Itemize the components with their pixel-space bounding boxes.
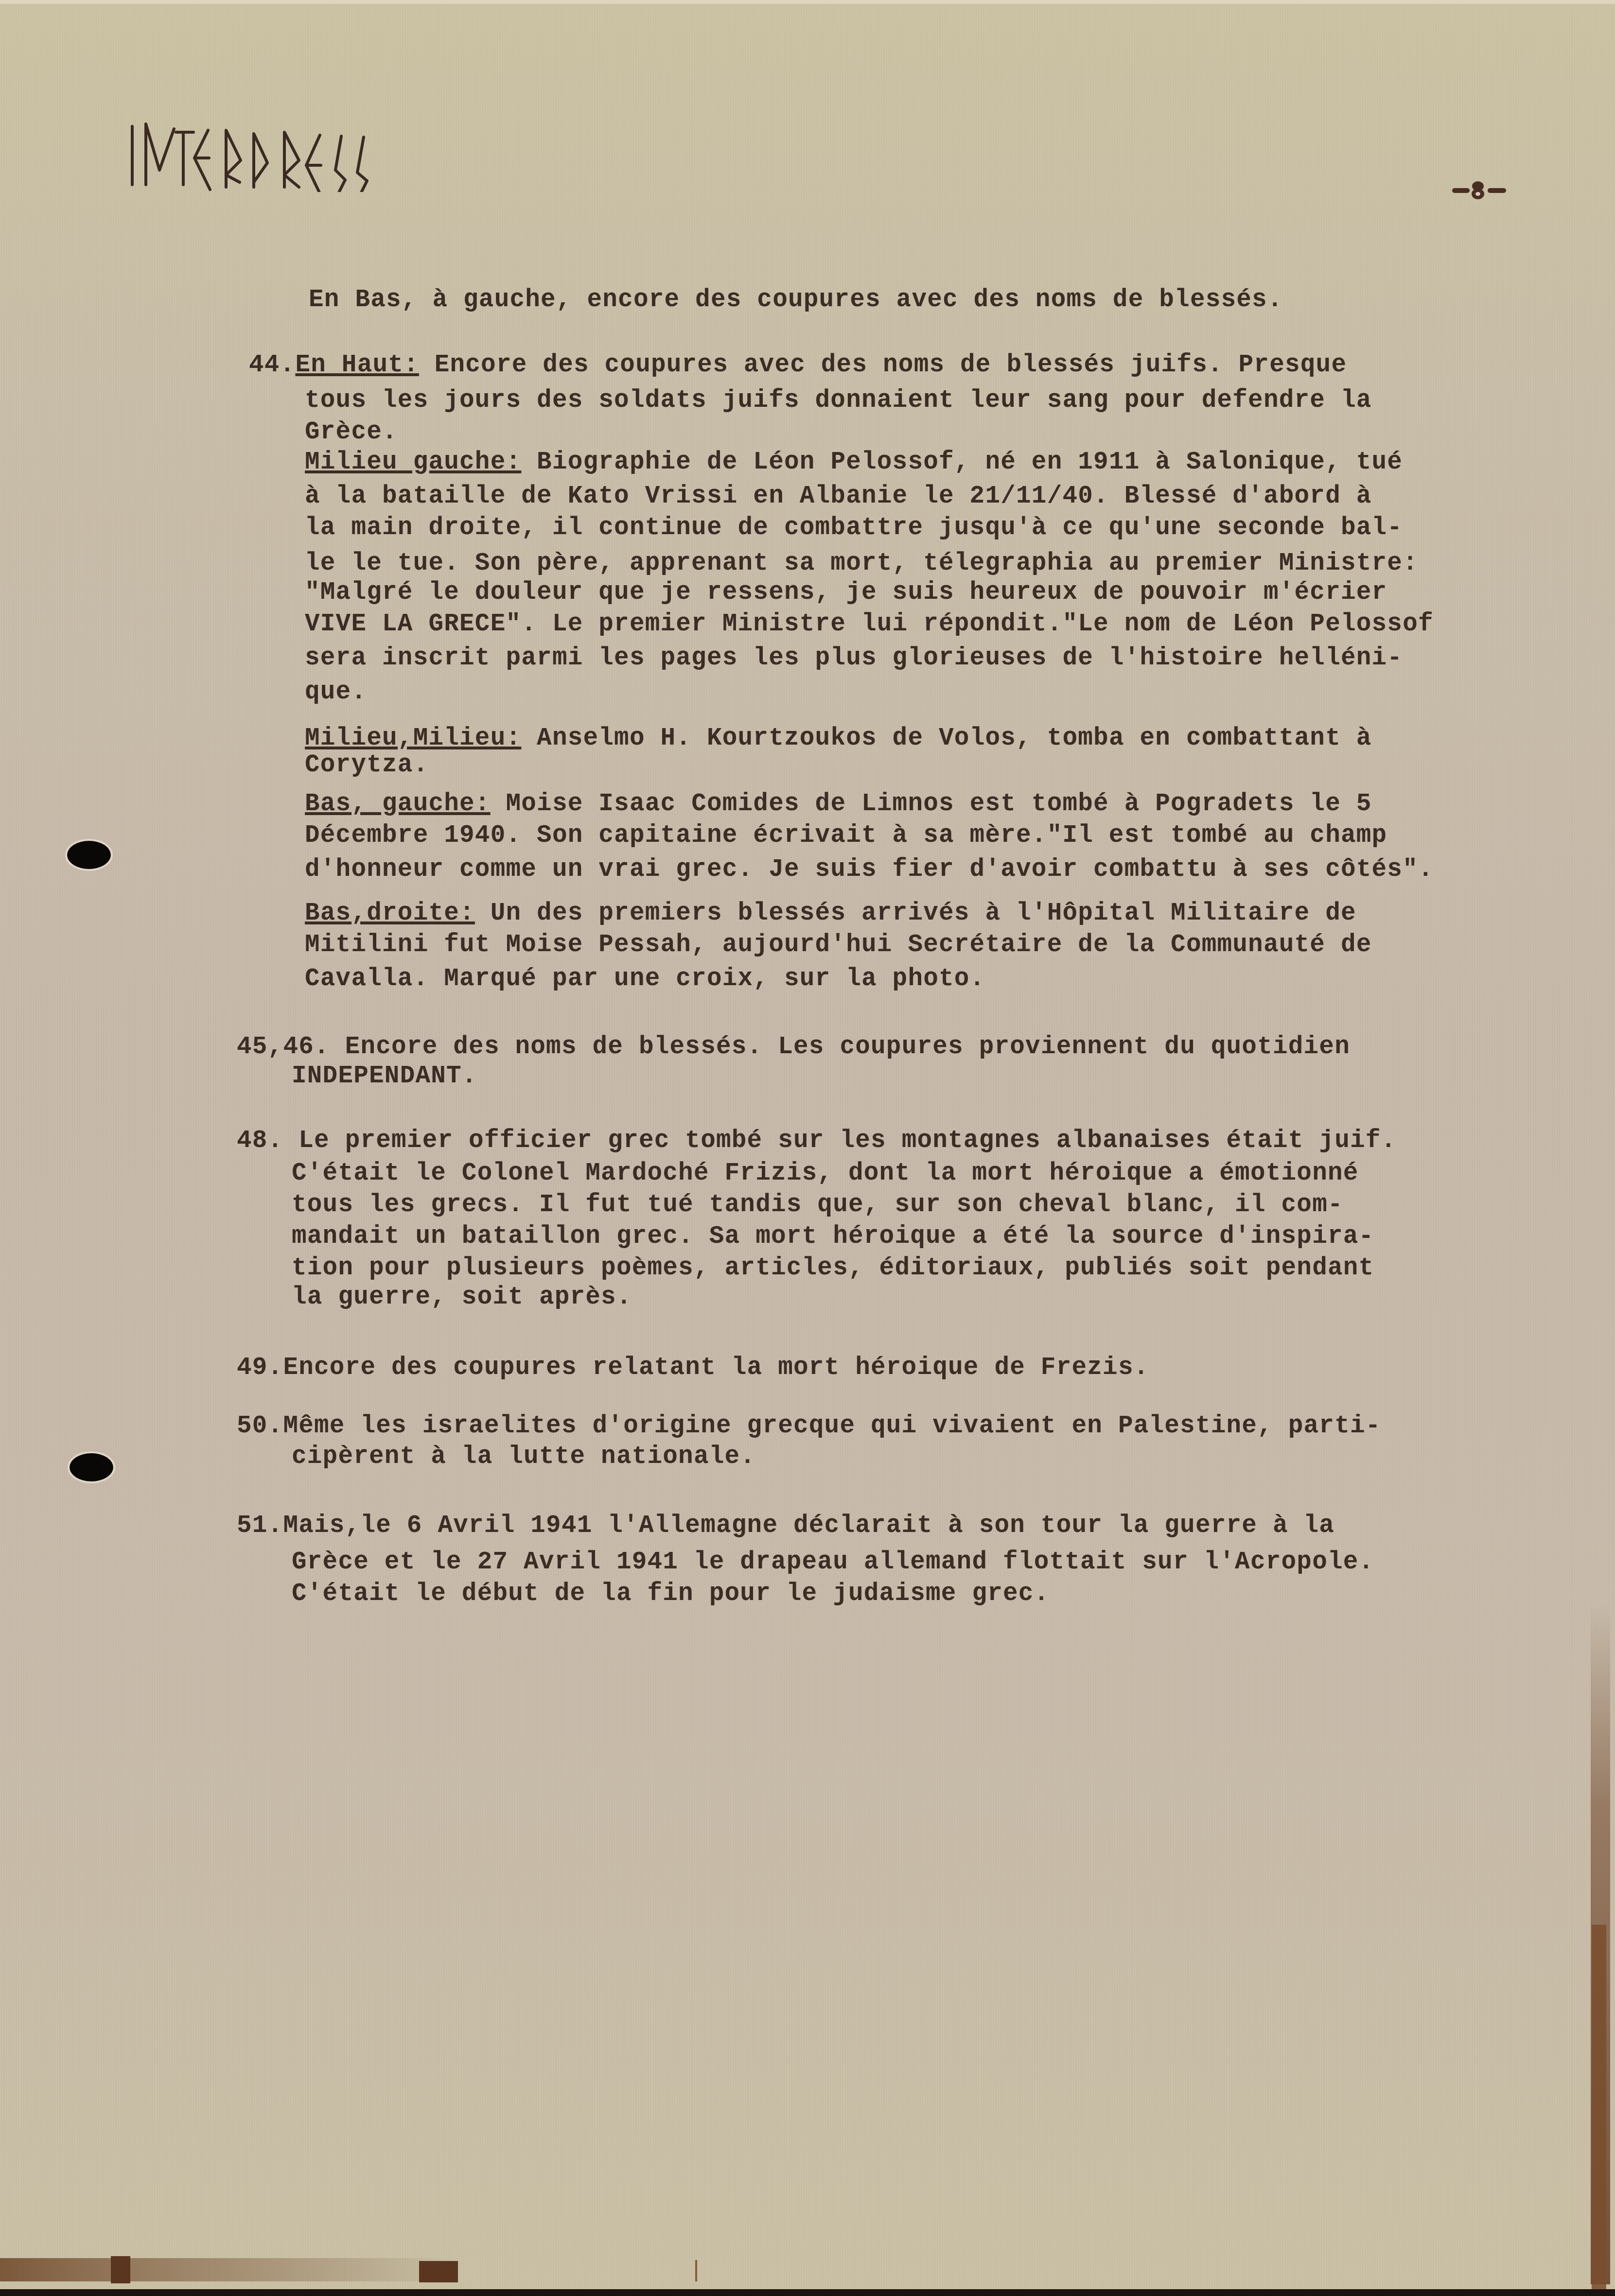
item-text: Encore des coupures avec des noms de ble… — [435, 351, 1347, 379]
item-48-line-6: la guerre, soit après. — [292, 1283, 632, 1312]
item-48-line-3: tous les grecs. Il fut tué tandis que, s… — [292, 1191, 1343, 1220]
item-text: Le premier officier grec tombé sur les m… — [298, 1127, 1396, 1155]
milieu-gauche-line-1: Milieu gauche: Biographie de Léon Peloss… — [305, 448, 1403, 477]
item-number: 45,46. — [237, 1033, 330, 1061]
item-48-line-5: tion pour plusieurs poèmes, articles, éd… — [292, 1254, 1374, 1283]
bas-gauche-line-1: Bas, gauche: Moise Isaac Comides de Limn… — [305, 790, 1372, 819]
item-number: 49. — [237, 1354, 283, 1382]
bas-gauche-line-2: Décembre 1940. Son capitaine écrivait à … — [305, 821, 1387, 851]
bas-droite-line-1: Bas,droite: Un des premiers blessés arri… — [305, 899, 1356, 928]
interpress-logo: INTERPRESS — [122, 122, 666, 192]
milieu-milieu-line-2: Corytza. — [305, 751, 428, 780]
item-44-line-2: tous les jours des soldats juifs donnaie… — [305, 386, 1372, 416]
item-number: 50. — [237, 1412, 283, 1440]
section-label: Bas, gauche: — [305, 790, 491, 818]
item-45-46-line-2: INDEPENDANT. — [292, 1062, 477, 1091]
section-label: En Haut: — [295, 351, 419, 379]
item-51-line-1: 51.Mais,le 6 Avril 1941 l'Allemagne décl… — [237, 1512, 1334, 1541]
milieu-gauche-line-5: "Malgré le douleur que je ressens, je su… — [305, 578, 1387, 608]
item-44-line-3: Grèce. — [305, 418, 398, 447]
punch-hole-icon — [67, 841, 111, 869]
item-text: Mais,le 6 Avril 1941 l'Allemagne déclara… — [283, 1512, 1334, 1540]
item-48-line-4: mandait un bataillon grec. Sa mort héroi… — [292, 1222, 1374, 1252]
item-48-line-2: C'était le Colonel Mardoché Frizis, dont… — [292, 1159, 1359, 1188]
intro-line: En Bas, à gauche, encore des coupures av… — [309, 286, 1283, 315]
scan-bottom-border — [0, 2289, 1615, 2296]
milieu-gauche-line-4: le le tue. Son père, apprenant sa mort, … — [305, 549, 1418, 578]
milieu-gauche-line-6: VIVE LA GRECE". Le premier Ministre lui … — [305, 610, 1434, 639]
item-text: Moise Isaac Comides de Limnos est tombé … — [506, 790, 1371, 818]
page-number: -8- — [1451, 177, 1507, 202]
section-label: Bas,droite: — [305, 900, 475, 927]
bottom-edge-tick — [695, 2260, 697, 2281]
item-44-line-1: 44.En Haut: Encore des coupures avec des… — [249, 351, 1347, 380]
bas-droite-line-3: Cavalla. Marqué par une croix, sur la ph… — [305, 965, 985, 994]
item-text: Un des premiers blessés arrivés à l'Hôpi… — [491, 900, 1356, 927]
milieu-gauche-line-3: la main droite, il continue de combattre… — [305, 514, 1403, 543]
item-51-line-3: C'était le début de la fin pour le judai… — [292, 1580, 1049, 1609]
item-50-line-2: cipèrent à la lutte nationale. — [292, 1443, 755, 1472]
right-edge-stain-core — [1592, 1925, 1606, 2294]
item-50-line-1: 50.Même les israelites d'origine grecque… — [237, 1412, 1381, 1441]
section-label: Milieu gauche: — [305, 449, 521, 476]
paper-top-edge — [0, 0, 1615, 4]
item-51-line-2: Grèce et le 27 Avril 1941 le drapeau all… — [292, 1548, 1374, 1577]
item-number: 48. — [237, 1127, 283, 1155]
item-49-line-1: 49.Encore des coupures relatant la mort … — [237, 1354, 1149, 1383]
punch-hole-icon — [70, 1453, 113, 1481]
bas-droite-line-2: Mitilini fut Moise Pessah, aujourd'hui S… — [305, 931, 1372, 960]
item-text: Encore des noms de blessés. Les coupures… — [345, 1033, 1350, 1061]
item-45-46-line-1: 45,46. Encore des noms de blessés. Les c… — [237, 1033, 1350, 1062]
milieu-gauche-line-2: à la bataille de Kato Vrissi en Albanie … — [305, 482, 1372, 511]
item-number: 51. — [237, 1512, 283, 1540]
milieu-milieu-line-1: Milieu,Milieu: Anselmo H. Kourtzoukos de… — [305, 724, 1372, 753]
bas-gauche-line-3: d'honneur comme un vrai grec. Je suis fi… — [305, 855, 1434, 885]
milieu-gauche-line-7: sera inscrit parmi les pages les plus gl… — [305, 644, 1403, 673]
bottom-edge-stain — [0, 2258, 462, 2281]
item-text: Encore des coupures relatant la mort hér… — [283, 1354, 1149, 1382]
milieu-gauche-line-8: que. — [305, 678, 367, 707]
bottom-edge-mark — [419, 2261, 458, 2282]
bottom-edge-mark — [111, 2256, 130, 2283]
item-48-line-1: 48. Le premier officier grec tombé sur l… — [237, 1127, 1396, 1156]
item-text: Anselmo H. Kourtzoukos de Volos, tomba e… — [537, 725, 1371, 752]
item-text: Biographie de Léon Pelossof, né en 1911 … — [537, 449, 1403, 476]
section-label: Milieu,Milieu: — [305, 725, 521, 752]
item-number: 44. — [249, 351, 295, 379]
item-text: Même les israelites d'origine grecque qu… — [283, 1412, 1381, 1440]
